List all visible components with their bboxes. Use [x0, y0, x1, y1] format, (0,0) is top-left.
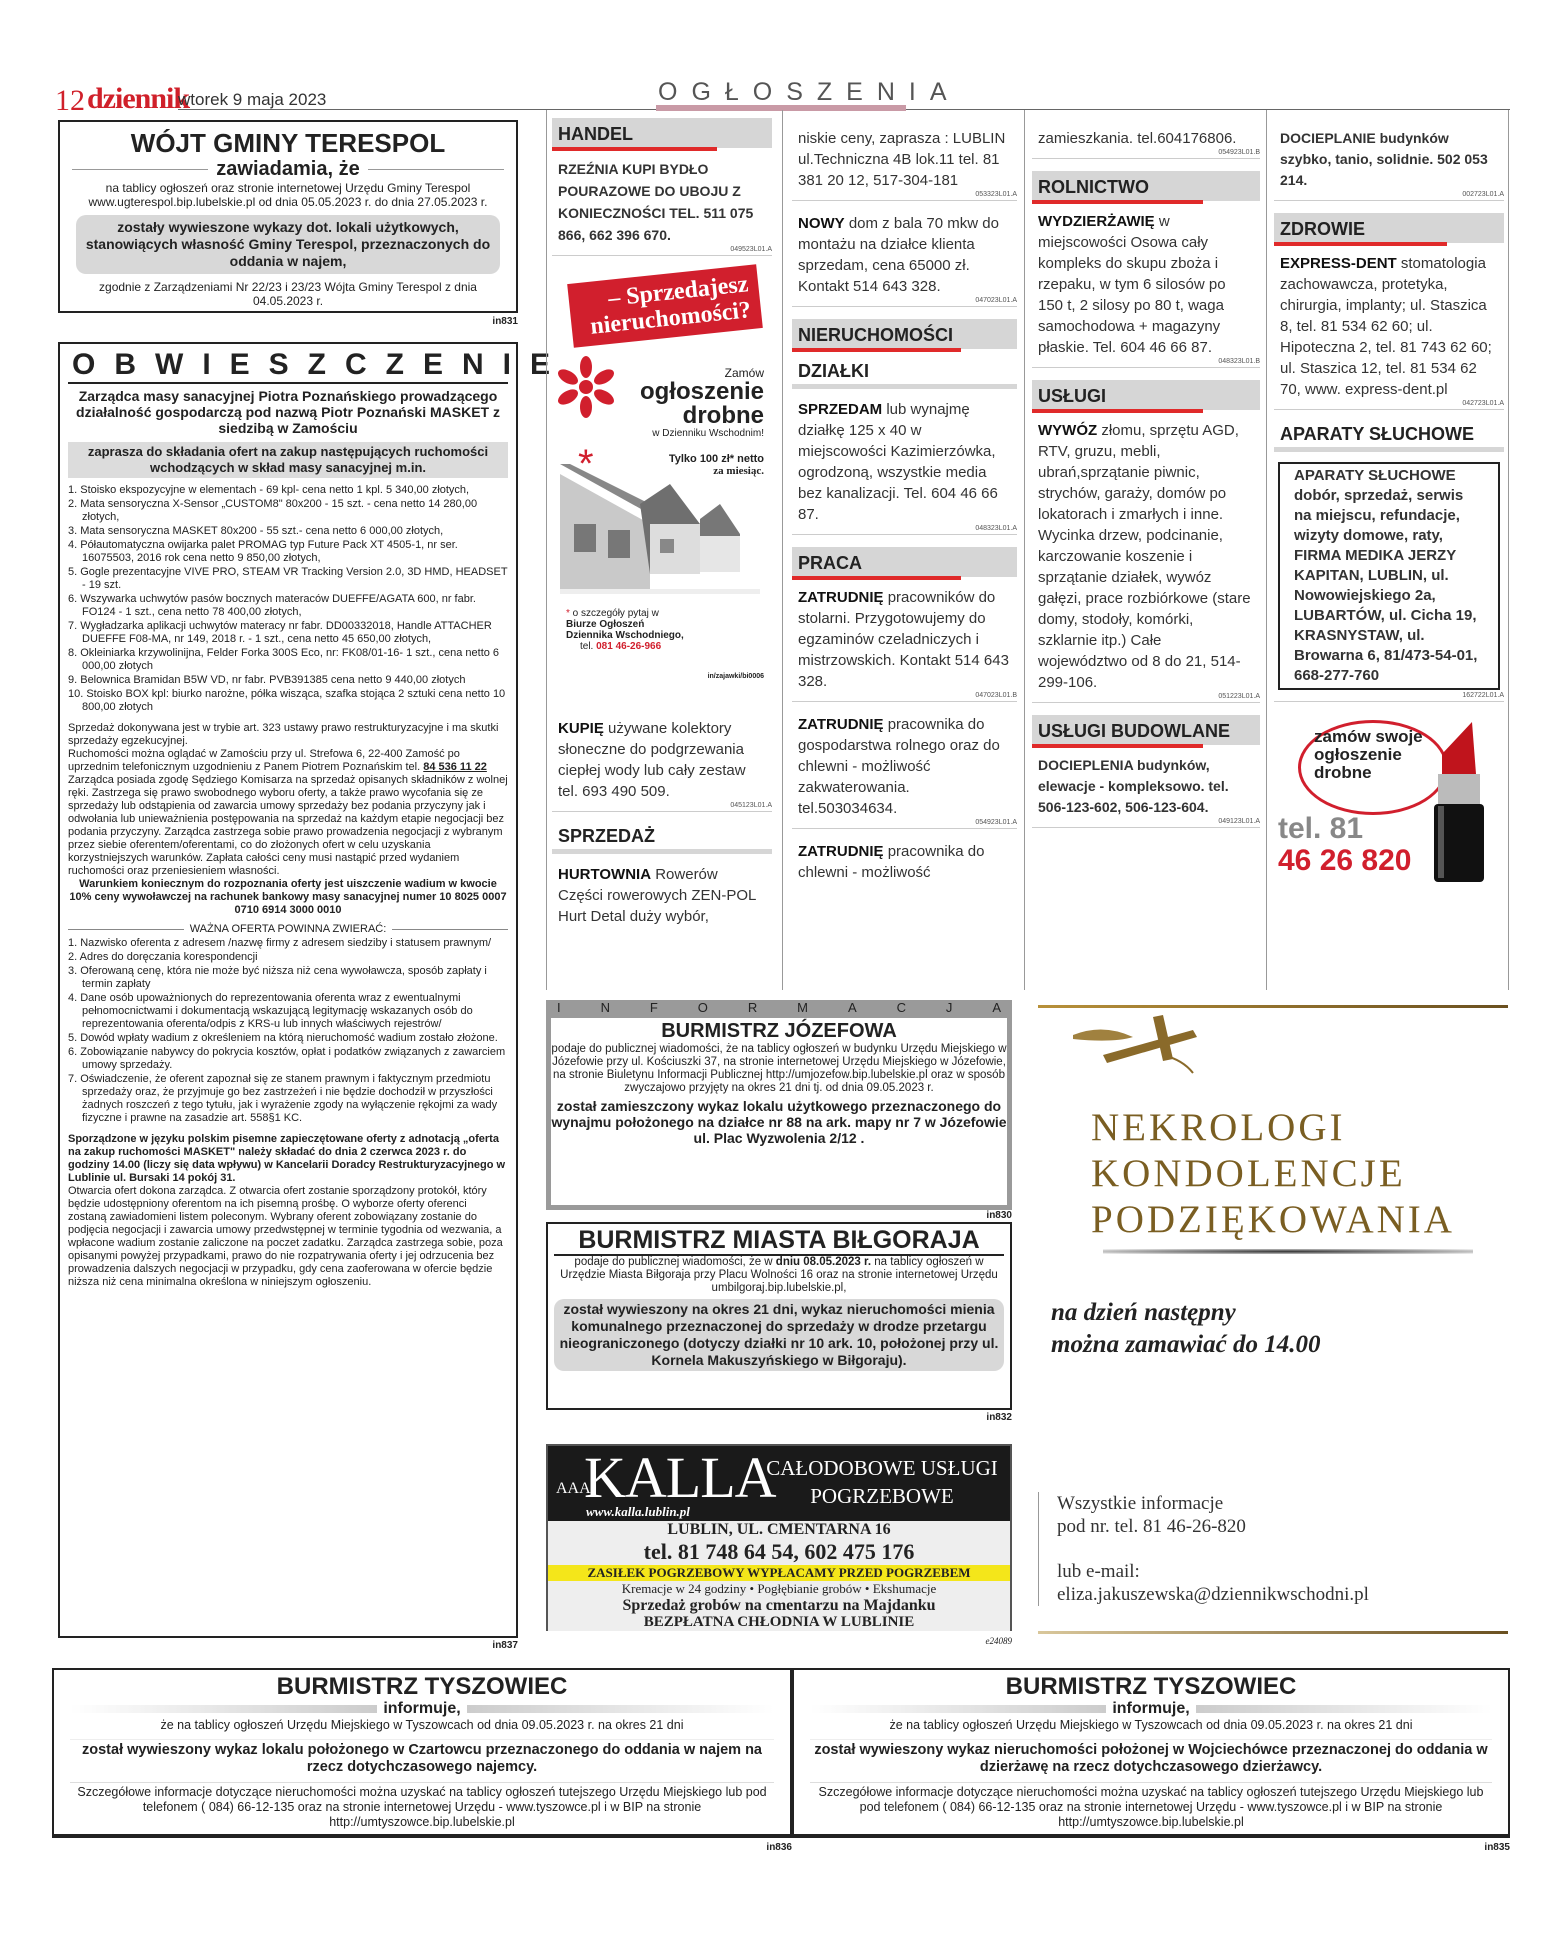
offer-header: WAŻNA OFERTA POWINNA ZWIERAĆ:	[68, 923, 508, 935]
promo-text: Zamów ogłoszenie drobne w Dzienniku Wsch…	[640, 366, 764, 477]
ad-code: 162722L01.A	[1274, 692, 1504, 702]
list-item: 4. Półautomatyczna owijarka palet PROMAG…	[68, 539, 508, 565]
jozefow-notice: INFORMACJA BURMISTRZ JÓZEFOWA podaje do …	[546, 1000, 1012, 1210]
jozefow-bold: został zamieszczony wykaz lokalu użytkow…	[551, 1098, 1007, 1146]
obwieszczenie-invite: zaprasza do składania ofert na zakup nas…	[68, 442, 508, 478]
tyszowiec-intro: że na tablicy ogłoszeń Urzędu Miejskiego…	[70, 1718, 774, 1733]
ad-code: 054923L01.A	[792, 819, 1017, 829]
ad-code: 048323L01.B	[1032, 358, 1260, 368]
kalla-services: CAŁODOBOWE USŁUGI POGRZEBOWE	[754, 1454, 1010, 1510]
newspaper-logo: dziennik	[87, 82, 189, 116]
terespol-tag: in831	[470, 316, 518, 327]
ad-docieplenia: DOCIEPLENIA budynków, elewacje - komplek…	[1032, 755, 1260, 818]
offer-requirements-list: 1. Nazwisko oferenta z adresem /nazwę fi…	[68, 937, 508, 1125]
ad-express-dent: EXPRESS-DENT stomatologia zachowawcza, p…	[1274, 253, 1504, 400]
ad-code: 049123L01.A	[1032, 818, 1260, 828]
kalla-services-list: Kremacje w 24 godziny • Pogłębianie grob…	[548, 1581, 1010, 1597]
obituary-ad: NEKROLOGI KONDOLENCJE PODZIĘKOWANIA na d…	[1033, 997, 1510, 1637]
terespol-subtitle: zawiadamia, że	[72, 158, 504, 181]
gold-rule	[1038, 1005, 1508, 1008]
ad-code: 048323L01.A	[792, 525, 1017, 535]
section-heading-sprzedaz: SPRZEDAŻ	[552, 824, 772, 854]
ad-hurtownia-cont: niskie ceny, zaprasza : LUBLIN ul.Techni…	[792, 128, 1017, 191]
section-heading-dzialki: DZIAŁKI	[792, 359, 1017, 389]
ad-nowy-dom: NOWY dom z bala 70 mkw do montażu na dzi…	[792, 213, 1017, 297]
list-item: 3. Oferowaną cenę, która nie może być ni…	[68, 965, 508, 991]
ad-zatrudnie-2: ZATRUDNIĘ pracownika do gospodarstwa rol…	[792, 714, 1017, 819]
kalla-cold-storage: BEZPŁATNA CHŁODNIA W LUBLINIE	[548, 1614, 1010, 1631]
ad-code: 054923L01.B	[1032, 149, 1260, 159]
tyszowiec-notice-czartowiec: BURMISTRZ TYSZOWIEC informuje, że na tab…	[52, 1668, 792, 1838]
ad-zatrudnie-3-cont: zamieszkania. tel.604176806.	[1032, 128, 1260, 149]
tyszowiec-right-tag: in835	[1460, 1842, 1510, 1853]
jozefow-tag: in830	[962, 1210, 1012, 1221]
lipstick-tel-2: 46 26 820	[1278, 846, 1411, 876]
terms-text: Zarządca posiada zgodę Sędziego Komisarz…	[68, 774, 508, 878]
terespol-intro: na tablicy ogłoszeń oraz stronie interne…	[72, 181, 504, 209]
ad-code: 042723L01.A	[1274, 400, 1504, 410]
list-item: 2. Mata sensoryczna X-Sensor „CUSTOM8" 8…	[68, 498, 508, 524]
classifieds-col-1: HANDEL RZEŹNIA KUPI BYDŁO POURAZOWE DO U…	[552, 118, 772, 927]
ad-zatrudnie-1: ZATRUDNIĘ pracowników do stolarni. Przyg…	[792, 587, 1017, 692]
ad-wydzierzawie: WYDZIERŻAWIĘ w miejscowości Osowa cały k…	[1032, 211, 1260, 358]
section-heading-nieruchomosci: NIERUCHOMOŚCI	[792, 319, 1017, 349]
deadline-text: Sporządzone w języku polskim pisemne zap…	[68, 1133, 508, 1185]
list-item: 7. Oświadczenie, że oferent zapoznał się…	[68, 1073, 508, 1125]
lipstick-icon	[1424, 714, 1494, 884]
bilgoraj-notice: BURMISTRZ MIASTA BIŁGORAJA podaje do pub…	[546, 1222, 1012, 1410]
shadow-divider	[1103, 1249, 1473, 1254]
contact-phone: 84 536 11 22	[423, 761, 487, 773]
list-item: 8. Okleiniarka krzywolinijna, Felder For…	[68, 647, 508, 673]
ad-sprzedam: SPRZEDAM lub wynajmę działkę 125 x 40 w …	[792, 399, 1017, 525]
page-number: 12	[55, 84, 85, 118]
list-item: 1. Nazwisko oferenta z adresem /nazwę fi…	[68, 937, 508, 950]
terespol-title: WÓJT GMINY TERESPOL	[72, 128, 504, 158]
section-heading-praca: PRACA	[792, 547, 1017, 577]
section-heading-aparaty: APARATY SŁUCHOWE	[1274, 422, 1504, 452]
kalla-graves: Sprzedaż grobów na cmentarzu na Majdanku	[548, 1597, 1010, 1614]
ad-code: 047023L01.B	[792, 692, 1017, 702]
tyszowiec-details: Szczegółowe informacje dotyczące nieruch…	[70, 1782, 774, 1830]
cross-icon	[1073, 1015, 1213, 1075]
column-divider	[1508, 110, 1509, 990]
kalla-name: KALLA	[584, 1444, 776, 1511]
sale-mode-text: Sprzedaż dokonywana jest w trybie art. 3…	[68, 722, 508, 748]
houses-illustration-icon	[560, 464, 760, 594]
promo-ad: – Sprzedajesz nieruchomości? * * * Zamów…	[552, 268, 772, 718]
terespol-notice: WÓJT GMINY TERESPOL zawiadamia, że na ta…	[58, 120, 518, 313]
ad-docieplanie: DOCIEPLANIE budynków szybko, tanio, soli…	[1274, 128, 1504, 191]
tyszowiec-title: BURMISTRZ TYSZOWIEC	[810, 1674, 1492, 1700]
kalla-ad: AAA KALLA www.kalla.lublin.pl CAŁODOBOWE…	[546, 1444, 1012, 1631]
ad-code: 051223L01.A	[1032, 693, 1260, 703]
ad-code: 053323L01.A	[792, 191, 1017, 201]
list-item: 2. Adres do doręczania korespondencji	[68, 951, 508, 964]
ad-rzeznia: RZEŹNIA KUPI BYDŁO POURAZOWE DO UBOJU Z …	[552, 158, 772, 246]
column-divider	[1024, 110, 1025, 990]
list-item: 10. Stoisko BOX kpl: biurko narożne, pół…	[68, 688, 508, 714]
list-item: 3. Mata sensoryczna MASKET 80x200 - 55 s…	[68, 525, 508, 538]
informacja-band: INFORMACJA	[551, 1000, 1007, 1018]
list-item: 6. Zobowiązanie nabywcy do pokrycia kosz…	[68, 1046, 508, 1072]
lipstick-tel-1: tel. 81	[1278, 814, 1363, 844]
column-divider	[546, 110, 547, 990]
items-list: 1. Stoisko ekspozycyjne w elementach - 6…	[68, 484, 508, 714]
ad-code: 045123L01.A	[552, 802, 772, 812]
obwieszczenie-tag: in837	[470, 1640, 518, 1651]
bilgoraj-title: BURMISTRZ MIASTA BIŁGORAJA	[554, 1226, 1004, 1256]
lipstick-text: zamów swoje ogłoszenie drobne	[1314, 728, 1424, 782]
section-heading-uslugi: USŁUGI	[1032, 380, 1260, 410]
tyszowiec-details: Szczegółowe informacje dotyczące nieruch…	[810, 1782, 1492, 1830]
obwieszczenie-title: OBWIESZCZENIE	[68, 348, 508, 384]
classifieds-col-2: niskie ceny, zaprasza : LUBLIN ul.Techni…	[792, 128, 1017, 883]
jozefow-title: BURMISTRZ JÓZEFOWA	[551, 1020, 1007, 1043]
gold-rule	[1038, 1631, 1508, 1634]
ad-hurtownia: HURTOWNIA Rowerów Części rowerowych ZEN-…	[552, 864, 772, 927]
column-divider	[1266, 110, 1267, 990]
contact-email: eliza.jakuszewska@dziennikwschodni.pl	[1057, 1583, 1369, 1606]
promo-contact: * o szczegóły pytaj w Biurze Ogłoszeń Dz…	[566, 608, 684, 652]
column-divider	[782, 110, 783, 990]
kalla-banner: AAA KALLA www.kalla.lublin.pl CAŁODOBOWE…	[548, 1446, 1010, 1521]
ad-code: 049523L01.A	[552, 246, 772, 256]
promo-code: in/zajawki/bi0006	[708, 673, 764, 680]
tyszowiec-notice-wojciechowka: BURMISTRZ TYSZOWIEC informuje, że na tab…	[792, 1668, 1510, 1838]
ad-zatrudnie-3: ZATRUDNIĘ pracownika do chlewni - możliw…	[792, 841, 1017, 883]
terespol-footer: zgodnie z Zarządzeniami Nr 22/23 i 23/23…	[72, 280, 504, 308]
classifieds-col-3: zamieszkania. tel.604176806. 054923L01.B…	[1032, 128, 1260, 840]
obituary-contact: Wszystkie informacje pod nr. tel. 81 46-…	[1038, 1492, 1369, 1606]
tyszowiec-subtitle: informuje,	[810, 1700, 1492, 1718]
kalla-tag: e24089	[962, 1636, 1012, 1646]
order-deadline: na dzień następny można zamawiać do 14.0…	[1051, 1297, 1320, 1361]
list-item: 5. Gogle prezentacyjne VIVE PRO, STEAM V…	[68, 566, 508, 592]
list-item: 1. Stoisko ekspozycyjne w elementach - 6…	[68, 484, 508, 497]
bilgoraj-tag: in832	[962, 1412, 1012, 1423]
jozefow-body: podaje do publicznej wiadomości, że na t…	[551, 1043, 1007, 1095]
section-heading-handel: HANDEL	[552, 118, 772, 148]
list-item: 4. Dane osób upoważnionych do reprezento…	[68, 992, 508, 1031]
section-underline	[656, 105, 906, 111]
ad-kupie: KUPIĘ używane kolektory słoneczne do pod…	[552, 718, 772, 802]
tyszowiec-title: BURMISTRZ TYSZOWIEC	[70, 1674, 774, 1700]
wadium-text: Warunkiem koniecznym do rozpoznania ofer…	[68, 878, 508, 917]
bilgoraj-body: podaje do publicznej wiadomości, że w dn…	[554, 1256, 1004, 1295]
ad-wywoz: WYWÓZ złomu, sprzętu AGD, RTV, gruzu, me…	[1032, 420, 1260, 693]
bilgoraj-highlight: został wywieszony na okres 21 dni, wykaz…	[554, 1299, 1004, 1371]
tyszowiec-subtitle: informuje,	[70, 1700, 774, 1718]
issue-date: wtorek 9 maja 2023	[178, 90, 326, 110]
kalla-website: www.kalla.lublin.pl	[586, 1504, 690, 1520]
terespol-highlight: zostały wywieszone wykazy dot. lokali uż…	[76, 215, 500, 274]
section-heading-rolnictwo: ROLNICTWO	[1032, 171, 1260, 201]
list-item: 6. Wszywarka uchwytów pasów bocznych mat…	[68, 593, 508, 619]
list-item: 5. Dowód wpłaty wadium z określeniem na …	[68, 1032, 508, 1045]
tyszowiec-left-tag: in836	[742, 1842, 792, 1853]
tyszowiec-bold: został wywieszony wykaz nieruchomości po…	[810, 1739, 1492, 1776]
section-title: OGŁOSZENIA	[658, 78, 961, 107]
ad-code: 002723L01.A	[1274, 191, 1504, 201]
section-heading-uslugi-budowlane: USŁUGI BUDOWLANE	[1032, 715, 1260, 745]
tyszowiec-intro: że na tablicy ogłoszeń Urzędu Miejskiego…	[810, 1718, 1492, 1733]
tyszowiec-bold: został wywieszony wykaz lokalu położoneg…	[70, 1739, 774, 1776]
obwieszczenie-heading: Zarządca masy sanacyjnej Piotra Poznańsk…	[68, 388, 508, 436]
list-item: 9. Belownica Bramidan B5W VD, nr fabr. P…	[68, 674, 508, 687]
viewing-text: Ruchomości można oglądać w Zamościu przy…	[68, 748, 508, 774]
obwieszczenie-notice: OBWIESZCZENIE Zarządca masy sanacyjnej P…	[58, 342, 518, 1638]
ad-aparaty: APARATY SŁUCHOWE dobór, sprzedaż, serwis…	[1278, 462, 1500, 690]
obituary-categories: NEKROLOGI KONDOLENCJE PODZIĘKOWANIA	[1091, 1105, 1455, 1243]
kalla-benefit: ZASIŁEK POGRZEBOWY WYPŁACAMY PRZED POGRZ…	[548, 1565, 1010, 1581]
section-heading-zdrowie: ZDROWIE	[1274, 213, 1504, 243]
list-item: 7. Wygładzarka aplikacji uchwytów matera…	[68, 620, 508, 646]
kalla-contact: LUBLIN, UL. CMENTARNA 16 tel. 81 748 64 …	[548, 1521, 1010, 1565]
promo-banner: – Sprzedajesz nieruchomości?	[567, 264, 763, 348]
classifieds-col-4: DOCIEPLANIE budynków szybko, tanio, soli…	[1274, 128, 1504, 894]
ad-code: 047023L01.A	[792, 297, 1017, 307]
closing-text: Otwarcia ofert dokona zarządca. Z otwarc…	[68, 1185, 508, 1289]
lipstick-promo: zamów swoje ogłoszenie drobne tel. 81 46…	[1274, 714, 1504, 894]
